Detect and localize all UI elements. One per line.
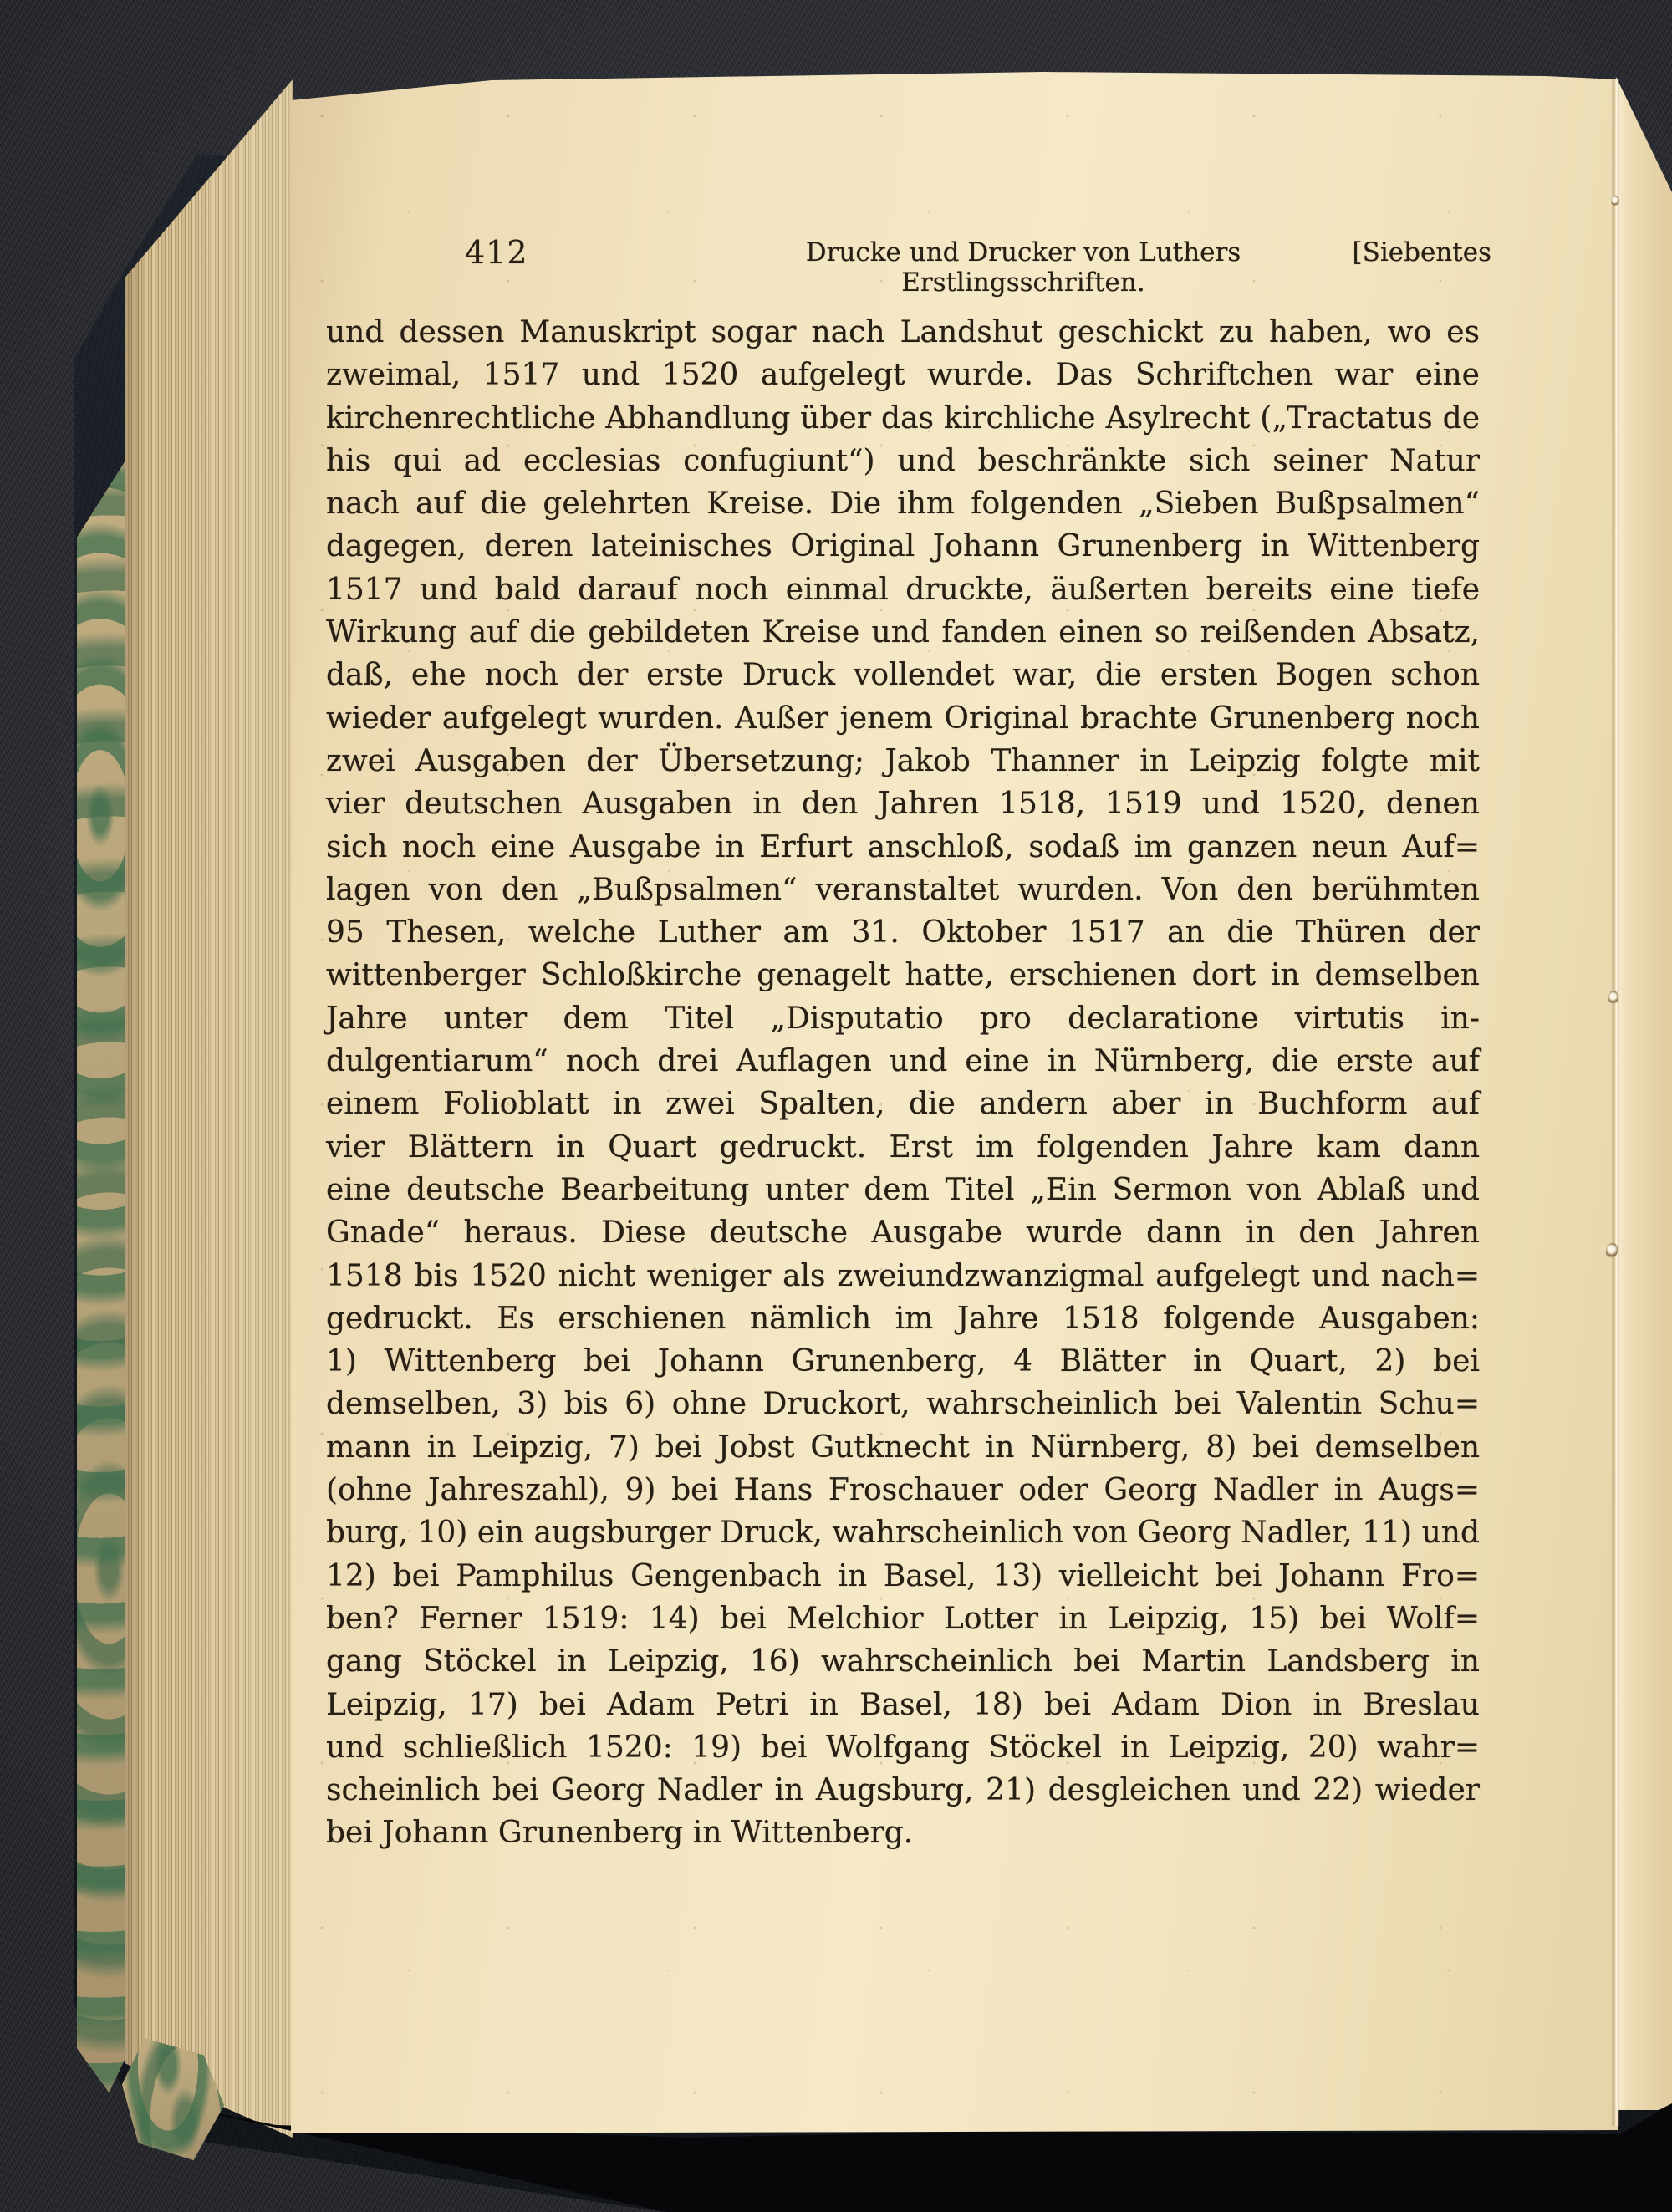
text-line: gedruckt. Es erschienen nämlich im Jahre… [326,1297,1480,1340]
signature-mark: [Siebentes [1353,237,1491,268]
text-line: wittenberger Schloßkirche genagelt hatte… [326,954,1480,996]
text-line: Wirkung auf die gebildeten Kreise und fa… [326,611,1480,654]
stitch-hole [1611,196,1619,207]
text-line: (ohne Jahreszahl), 9) bei Hans Froschaue… [326,1469,1480,1511]
text-line: his qui ad ecclesias confugiunt“) und be… [326,440,1480,482]
text-line: demselben, 3) bis 6) ohne Druckort, wahr… [326,1383,1480,1425]
text-line: eine deutsche Bearbeitung unter dem Tite… [326,1169,1480,1211]
text-line: dulgentiarum“ noch drei Auflagen und ein… [326,1040,1480,1083]
text-line: 1) Wittenberg bei Johann Grunenberg, 4 B… [326,1340,1480,1383]
stitch-hole [1608,991,1618,1005]
text-line: scheinlich bei Georg Nadler in Augsburg,… [326,1769,1480,1812]
text-line: ben? Ferner 1519: 14) bei Melchior Lotte… [326,1598,1480,1640]
text-line: lagen von den „Bußpsalmen“ veranstaltet … [326,869,1480,911]
text-line: 1518 bis 1520 nicht weniger als zweiundz… [326,1255,1480,1297]
text-line: daß, ehe noch der erste Druck vollendet … [326,654,1480,696]
text-line: burg, 10) ein augsburger Druck, wahrsche… [326,1511,1480,1554]
text-line: zweimal, 1517 und 1520 aufgelegt wurde. … [326,354,1480,396]
text-line: sich noch eine Ausgabe in Erfurt anschlo… [326,826,1480,869]
text-line: zwei Ausgaben der Übersetzung; Jakob Tha… [326,740,1480,782]
text-line: vier deutschen Ausgaben in den Jahren 15… [326,782,1480,825]
text-line: kirchenrechtliche Abhandlung über das ki… [326,397,1480,440]
page-number: 412 [465,234,528,271]
marbled-endpaper [77,456,129,2092]
text-line: bei Johann Grunenberg in Wittenberg. [326,1812,1480,1854]
running-title: Drucke und Drucker von Luthers Erstlings… [726,237,1321,298]
text-line: einem Folioblatt in zwei Spalten, die an… [326,1083,1480,1125]
text-line: und dessen Manuskript sogar nach Landshu… [326,311,1480,354]
page-gutter-strip [1616,77,1672,2110]
text-line: gang Stöckel in Leipzig, 16) wahrscheinl… [326,1640,1480,1683]
text-line: Gnade“ heraus. Diese deutsche Ausgabe wu… [326,1211,1480,1254]
text-line: mann in Leipzig, 7) bei Jobst Gutknecht … [326,1426,1480,1469]
body-text: und dessen Manuskript sogar nach Landshu… [326,311,1480,1855]
text-line: dagegen, deren lateinisches Original Joh… [326,525,1480,568]
page-edges-stack [125,79,293,2138]
text-line: Jahre unter dem Titel „Disputatio pro de… [326,997,1480,1040]
text-line: und schließlich 1520: 19) bei Wolfgang S… [326,1726,1480,1769]
text-line: nach auf die gelehrten Kreise. Die ihm f… [326,482,1480,525]
text-line: 95 Thesen, welche Luther am 31. Oktober … [326,911,1480,954]
gutter-crease [1611,79,1619,2126]
text-line: wieder aufgelegt wurden. Außer jenem Ori… [326,697,1480,740]
text-line: 12) bei Pamphilus Gengenbach in Basel, 1… [326,1555,1480,1598]
text-line: Leipzig, 17) bei Adam Petri in Basel, 18… [326,1684,1480,1726]
text-line: vier Blättern in Quart gedruckt. Erst im… [326,1126,1480,1169]
text-line: 1517 und bald darauf noch einmal druckte… [326,568,1480,611]
